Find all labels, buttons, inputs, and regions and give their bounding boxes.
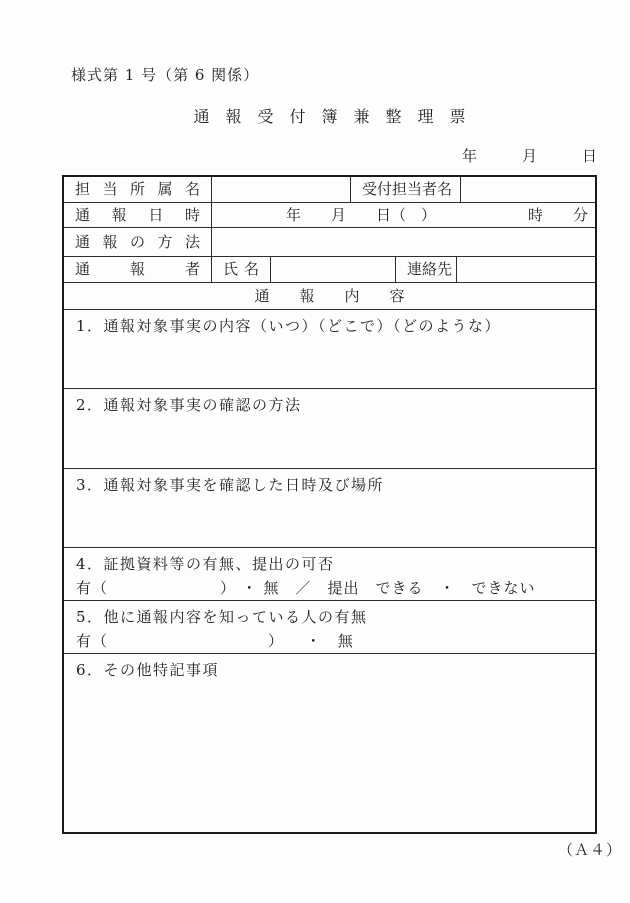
section-other-people-aware: 5．他に通報内容を知っている人の有無 有（ ） ・ 無: [64, 601, 595, 654]
section-fact-content: 1．通報対象事実の内容（いつ）（どこで）（どのような）: [64, 310, 595, 389]
row-report-datetime: 通報日時 年 月 日（ ） 時 分: [64, 203, 595, 228]
section-evidence-options: 有（ ） ・ 無 ／ 提出 できる ・ できない: [76, 576, 583, 600]
reporter-contact-label: 連絡先: [396, 257, 457, 282]
department-label: 担当所属名: [64, 177, 212, 202]
date-line: 年 月 日: [62, 145, 597, 166]
form-title: 通 報 受 付 簿 兼 整 理 票: [62, 104, 597, 127]
paper-size-note: （Ａ４）: [558, 839, 622, 860]
section-title: 2．通報対象事実の確認の方法: [76, 394, 583, 417]
row-department: 担当所属名 受付担当者名: [64, 177, 595, 203]
section-awareness-options: 有（ ） ・ 無: [76, 629, 583, 653]
section-confirmation-datetime-place: 3．通報対象事実を確認した日時及び場所: [64, 469, 595, 548]
receptionist-label: 受付担当者名: [351, 177, 461, 202]
report-datetime-field: 年 月 日（ ） 時 分: [212, 203, 595, 227]
section-title: 6．その他特記事項: [76, 659, 583, 682]
section-title: 5．他に通報内容を知っている人の有無: [76, 606, 583, 629]
form-page: 様式第 1 号（第 6 関係） 通 報 受 付 簿 兼 整 理 票 年 月 日 …: [0, 0, 630, 903]
reporter-contact-field: [457, 257, 595, 282]
reporter-name-label: 氏名: [212, 257, 271, 282]
report-date-placeholder: 年 月 日（ ）: [286, 203, 436, 227]
receptionist-field: [461, 177, 595, 202]
report-time-placeholder: 時 分: [528, 203, 588, 227]
report-table: 担当所属名 受付担当者名 通報日時 年 月 日（ ） 時 分 通報の方法 通報者…: [62, 175, 597, 834]
row-report-method: 通報の方法: [64, 228, 595, 257]
section-title: 4．証拠資料等の有無、提出の可否: [76, 553, 583, 576]
report-method-label: 通報の方法: [64, 228, 212, 256]
report-method-field: [212, 228, 595, 256]
reporter-name-field: [271, 257, 396, 282]
section-confirmation-method: 2．通報対象事実の確認の方法: [64, 389, 595, 469]
reporter-label: 通報者: [64, 257, 212, 282]
section-other-notes: 6．その他特記事項: [64, 654, 595, 832]
section-evidence: 4．証拠資料等の有無、提出の可否 有（ ） ・ 無 ／ 提出 できる ・ できな…: [64, 548, 595, 601]
section-title: 1．通報対象事実の内容（いつ）（どこで）（どのような）: [76, 315, 583, 338]
report-datetime-label: 通報日時: [64, 203, 212, 227]
report-content-header: 通 報 内 容: [64, 283, 595, 310]
form-number: 様式第 1 号（第 6 関係）: [71, 64, 259, 85]
section-title: 3．通報対象事実を確認した日時及び場所: [76, 474, 583, 497]
row-reporter: 通報者 氏名 連絡先: [64, 257, 595, 283]
department-field: [212, 177, 351, 202]
